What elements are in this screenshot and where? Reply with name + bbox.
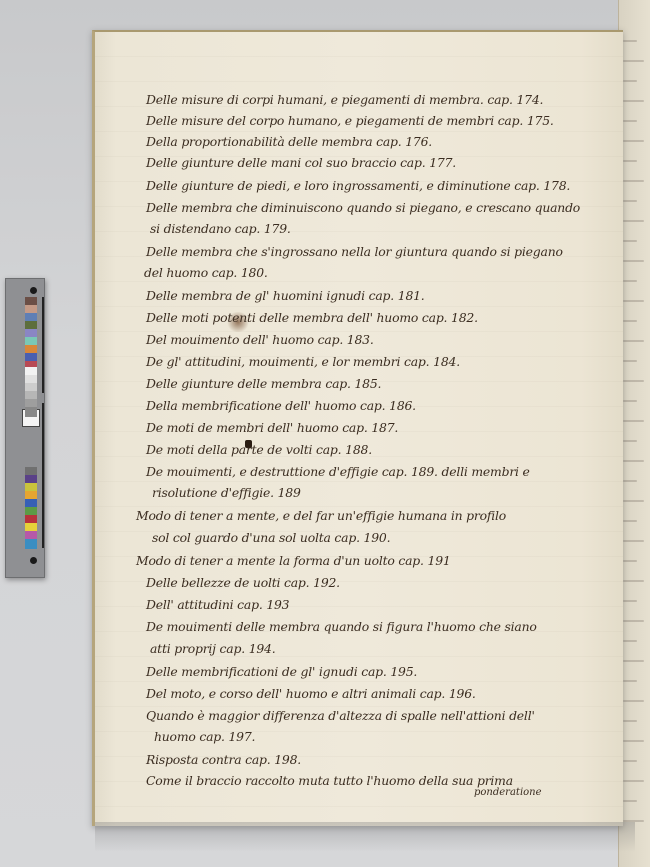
index-entry: Del mouimento dell' huomo cap. 183.	[146, 332, 374, 348]
index-entry: De gl' attitudini, mouimenti, e lor memb…	[146, 354, 460, 370]
facing-page-text-line	[623, 280, 637, 282]
index-entry: Delle giunture delle membra cap. 185.	[146, 376, 381, 392]
facing-page-text-line	[623, 400, 637, 402]
index-entry: huomo cap. 197.	[154, 729, 255, 745]
facing-page-text-line	[623, 460, 644, 462]
facing-page-text-line	[623, 800, 637, 802]
color-swatch	[25, 539, 37, 549]
index-entry: Delle bellezze de uolti cap. 192.	[146, 575, 340, 591]
facing-page-text-line	[623, 440, 637, 442]
facing-page-text-line	[623, 120, 637, 122]
facing-page-text-line	[623, 260, 644, 262]
index-entry: atti proprij cap. 194.	[150, 641, 275, 657]
facing-page-text-line	[623, 300, 644, 302]
facing-page-text-line	[623, 680, 637, 682]
index-entry: Risposta contra cap. 198.	[146, 752, 301, 768]
facing-page-text-line	[623, 520, 637, 522]
facing-page-text-line	[623, 780, 644, 782]
index-entry: si distendano cap. 179.	[150, 221, 291, 237]
index-entry: De mouimenti, e destruttione d'effigie c…	[146, 464, 530, 480]
index-entry: Delle membrificationi de gl' ignudi cap.…	[146, 664, 417, 680]
facing-page-text-line	[623, 60, 644, 62]
facing-page-text-line	[623, 500, 644, 502]
card-edge-bar	[42, 403, 44, 548]
index-entry: del huomo cap. 180.	[144, 265, 268, 281]
card-hole-icon	[30, 557, 37, 564]
facing-page-text-line	[623, 340, 644, 342]
facing-page-text-line	[623, 740, 644, 742]
index-entry: Delle moti potenti delle membra dell' hu…	[146, 310, 478, 326]
index-entry: Modo di tener a mente, e del far un'effi…	[136, 508, 506, 524]
facing-page-text-line	[623, 80, 637, 82]
index-entry: Della membrificatione dell' huomo cap. 1…	[146, 398, 416, 414]
facing-page-text-line	[623, 180, 644, 182]
facing-page-text-line	[623, 480, 637, 482]
index-entry: De moti della parte de volti cap. 188.	[146, 442, 372, 458]
color-swatch	[25, 407, 37, 417]
facing-page-text-line	[623, 320, 637, 322]
index-entry: Delle membra de gl' huomini ignudi cap. …	[146, 288, 425, 304]
index-entry: Quando è maggior differenza d'altezza di…	[146, 708, 535, 724]
index-entry: Delle misure del corpo humano, e piegame…	[146, 113, 554, 129]
facing-page-text-line	[623, 220, 644, 222]
facing-page-text-line	[623, 700, 644, 702]
facing-page-text-line	[623, 160, 637, 162]
facing-page-text-line	[623, 100, 644, 102]
index-entry: risolutione d'effigie. 189	[152, 485, 301, 501]
page-shadow	[95, 822, 635, 852]
facing-page-text-line	[623, 540, 644, 542]
facing-page-text-line	[623, 420, 644, 422]
index-entry: Delle membra che diminuiscono quando si …	[146, 200, 580, 216]
facing-page-text-line	[623, 240, 637, 242]
index-entry: Dell' attitudini cap. 193	[146, 597, 289, 613]
facing-page-text-line	[623, 720, 637, 722]
index-entry: sol col guardo d'una sol uolta cap. 190.	[152, 530, 390, 546]
facing-page-text-line	[623, 40, 637, 42]
facing-page-text-line	[623, 660, 644, 662]
facing-page-text-line	[623, 760, 637, 762]
facing-page-text-line	[623, 560, 637, 562]
card-hole-icon	[30, 287, 37, 294]
facing-page-text-line	[623, 200, 637, 202]
index-entry: Delle giunture de piedi, e loro ingrossa…	[146, 178, 570, 194]
index-entry: De moti de membri dell' huomo cap. 187.	[146, 420, 398, 436]
catchword: ponderatione	[474, 787, 542, 798]
index-entry: Delle misure di corpi humani, e piegamen…	[146, 92, 543, 108]
color-calibration-card	[5, 278, 45, 578]
facing-page-text-line	[623, 380, 644, 382]
index-entry: Come il braccio raccolto muta tutto l'hu…	[146, 773, 513, 789]
index-entry: Del moto, e corso dell' huomo e altri an…	[146, 686, 476, 702]
card-edge-bar	[42, 297, 44, 393]
index-entry: Delle giunture delle mani col suo bracci…	[146, 155, 456, 171]
facing-page-text-line	[623, 620, 644, 622]
facing-page-text-line	[623, 580, 644, 582]
index-entry: De mouimenti delle membra quando si figu…	[146, 619, 537, 635]
facing-page-text-line	[623, 360, 637, 362]
index-entry: Delle membra che s'ingrossano nella lor …	[146, 244, 563, 260]
facing-page-text-line	[623, 640, 637, 642]
index-entry: Modo di tener a mente la forma d'un uolt…	[136, 553, 451, 569]
index-entry: Della proportionabilità delle membra cap…	[146, 134, 432, 150]
facing-page-text-line	[623, 600, 637, 602]
facing-page-text-line	[623, 140, 644, 142]
